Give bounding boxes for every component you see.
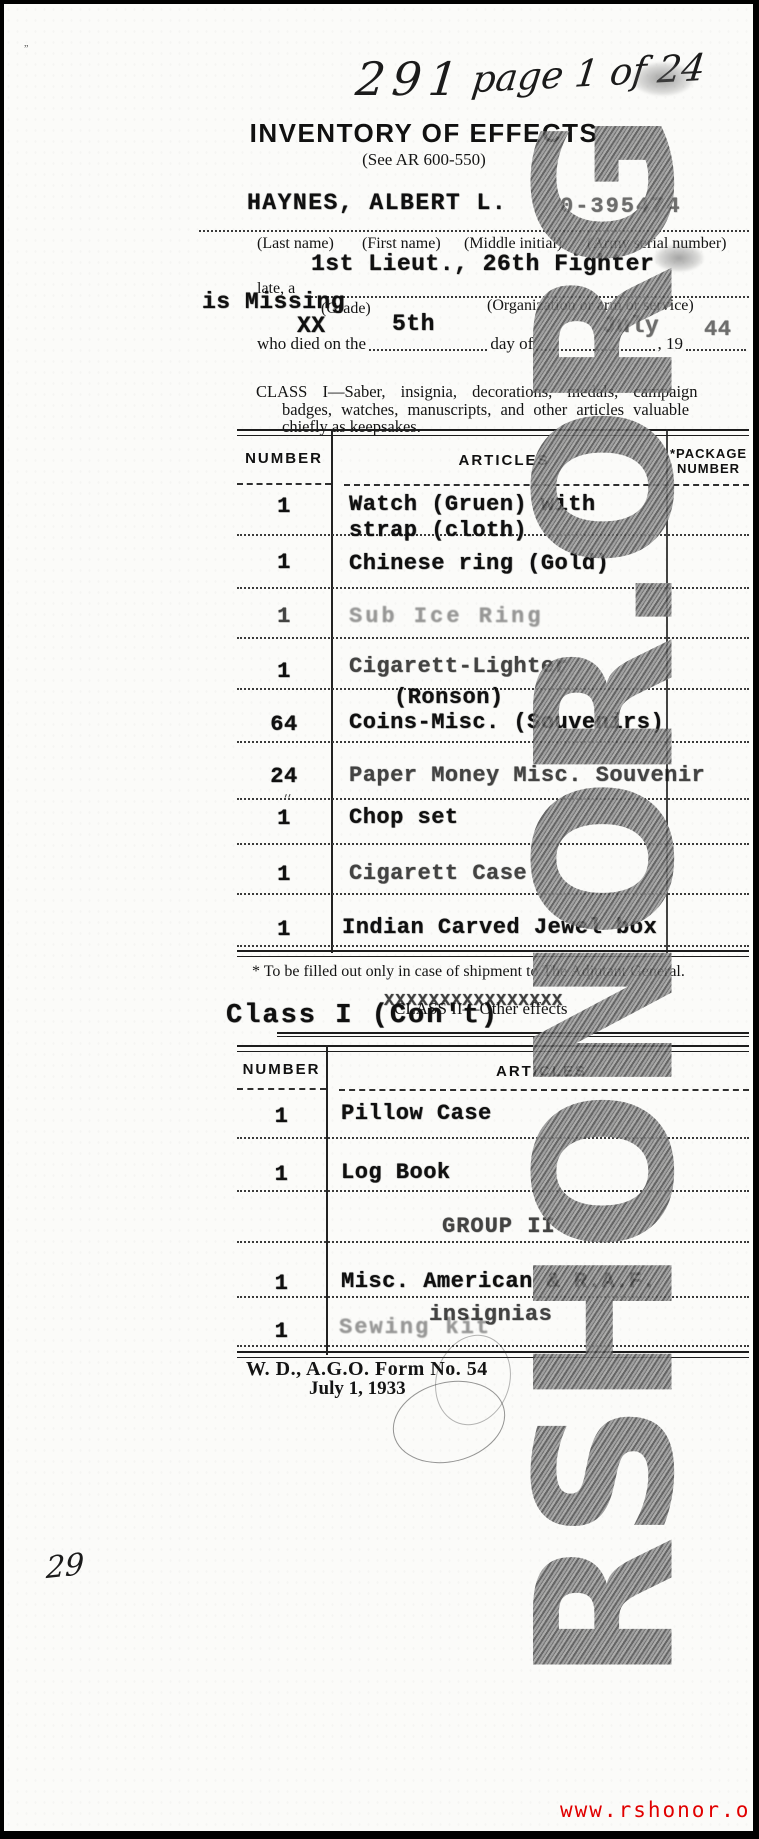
table2-row-number: 1 [237,1271,326,1296]
form-date: July 1, 1933 [309,1378,406,1400]
table2-header-underline [237,1088,326,1090]
table1-row-number: 24 [237,764,331,789]
table1-row-number: 1 [237,862,331,887]
table1-header-underline [237,483,331,485]
table1-row-article: Chop set [349,805,459,830]
handwritten-number-top: 291 [353,52,467,106]
handwritten-mark: ʹʹ [284,794,291,809]
scan-smudge [632,62,694,96]
watermark-text: RSHONOR.ORG [496,116,717,1682]
table2-row-article: Log Book [341,1160,451,1185]
table1-row-number: 64 [237,712,331,737]
handwritten-number-bottom: 29 [45,1547,84,1586]
label-grade: (Grade) [321,300,371,318]
scan-speck: „ [24,38,28,49]
site-url: www.rshonor.org [560,1798,759,1822]
table2-row-article: Pillow Case [341,1101,492,1126]
table2-row-number: 1 [237,1162,326,1187]
table1-header-number: NUMBER [237,450,331,467]
table2-header-number: NUMBER [237,1061,326,1078]
inventory-of-effects-form: „ 291 page 1 of 24 INVENTORY OF EFFECTS … [0,0,759,1839]
table2-row-number: 1 [237,1104,326,1129]
table1-row-number: 1 [237,494,331,519]
table1-row-article-line2: (Ronson) [394,685,504,710]
table2-row-number: 1 [237,1319,326,1344]
table1-number-divider [331,429,333,953]
table1-row-number: 1 [237,604,331,629]
table1-row-number: 1 [237,917,331,942]
dotted-leader [369,349,487,351]
table1-row-number: 1 [237,550,331,575]
died-label-1: who died on the [257,334,366,354]
table2-number-divider [326,1045,328,1355]
table1-row-number: 1 [237,659,331,684]
table1-row-number: 1 [237,806,331,831]
typed-name: HAYNES, ALBERT L. [247,190,507,216]
